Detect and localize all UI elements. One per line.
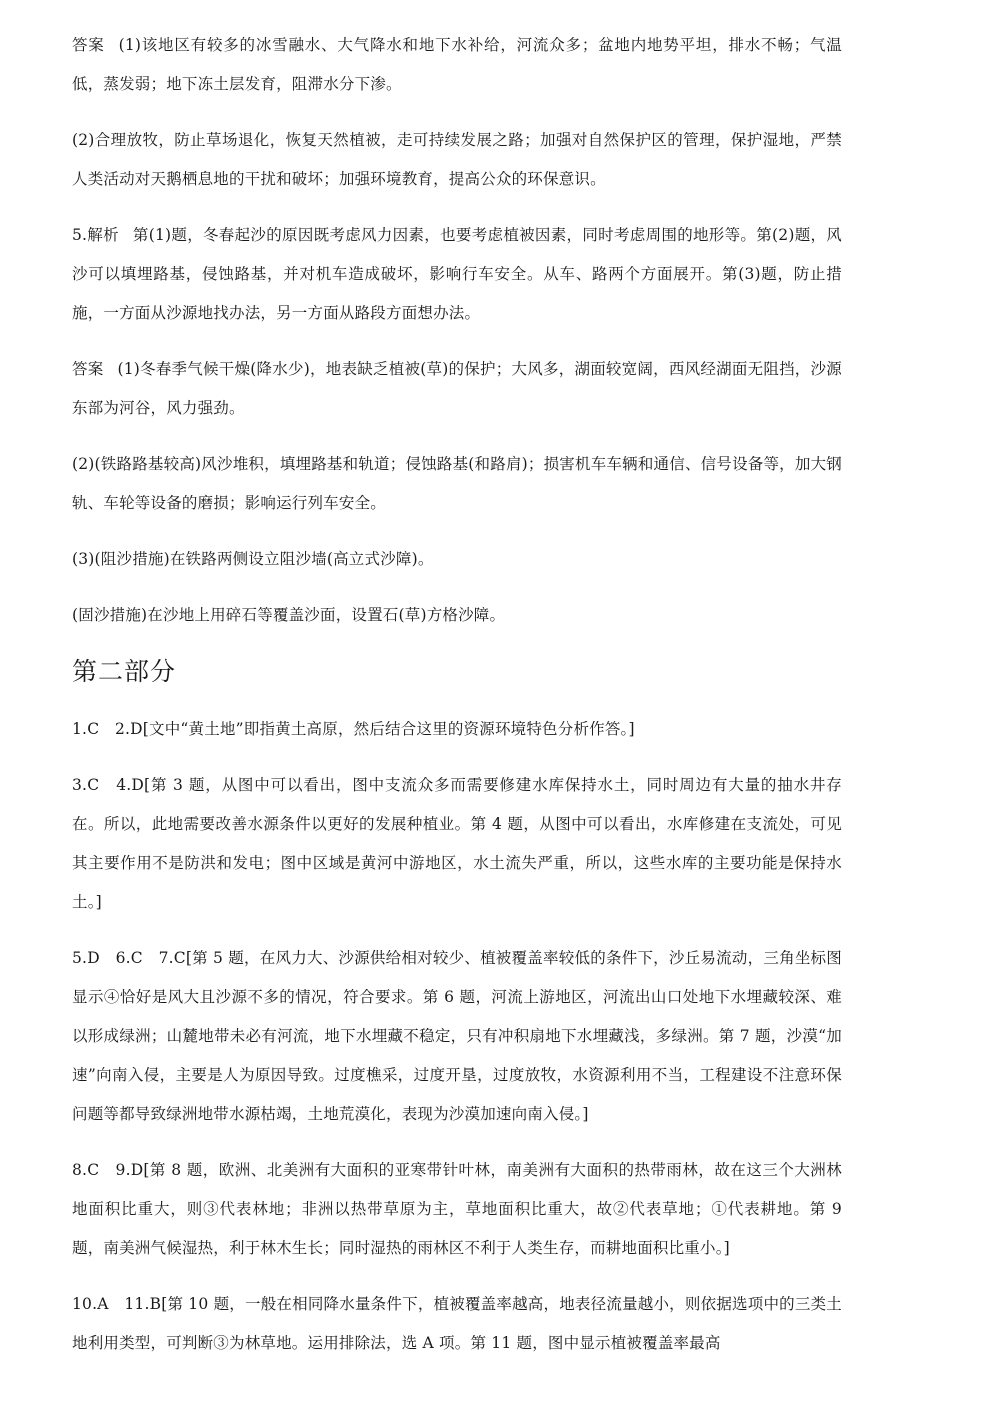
section-part-two: 第二部分 1.C 2.D[文中“黄土地”即指黄土高原，然后结合这里的资源环境特色… bbox=[72, 652, 842, 1363]
paragraph-text: 8.C 9.D[第 8 题，欧洲、北美洲有大面积的亚寒带针叶林，南美洲有大面积的… bbox=[72, 1161, 842, 1257]
paragraph-text: (固沙措施)在沙地上用碎石等覆盖沙面，设置石(草)方格沙障。 bbox=[72, 606, 505, 624]
paragraph-text: 10.A 11.B[第 10 题，一般在相同降水量条件下，植被覆盖率越高，地表径… bbox=[72, 1295, 842, 1352]
analysis-paragraph-5: 5.解析第(1)题，冬春起沙的原因既考虑风力因素，也要考虑植被因素，同时考虑周围… bbox=[72, 216, 842, 333]
section-heading: 第二部分 bbox=[72, 652, 842, 692]
answer-label: 答案 bbox=[72, 360, 103, 378]
answer-label: 答案 bbox=[72, 36, 105, 54]
analysis-label: 5.解析 bbox=[72, 226, 119, 244]
paragraph-text: (3)(阻沙措施)在铁路两侧设立阻沙墙(高立式沙障)。 bbox=[72, 550, 434, 568]
answer-paragraph-q3-4: 3.C 4.D[第 3 题，从图中可以看出，图中支流众多而需要修建水库保持水土，… bbox=[72, 766, 842, 922]
answer-paragraph-5-3-fixing: (固沙措施)在沙地上用碎石等覆盖沙面，设置石(草)方格沙障。 bbox=[72, 596, 842, 635]
answer-paragraph-4-2: (2)合理放牧，防止草场退化，恢复天然植被，走可持续发展之路；加强对自然保护区的… bbox=[72, 121, 842, 199]
answer-paragraph-5-3: (3)(阻沙措施)在铁路两侧设立阻沙墙(高立式沙障)。 bbox=[72, 540, 842, 579]
paragraph-text: 5.D 6.C 7.C[第 5 题，在风力大、沙源供给相对较少、植被覆盖率较低的… bbox=[72, 949, 842, 1123]
answer-paragraph-5-1: 答案(1)冬春季气候干燥(降水少)，地表缺乏植被(草)的保护；大风多，湖面较宽阔… bbox=[72, 350, 842, 428]
paragraph-text: (1)该地区有较多的冰雪融水、大气降水和地下水补给，河流众多；盆地内地势平坦，排… bbox=[72, 36, 842, 93]
answer-paragraph-q1-2: 1.C 2.D[文中“黄土地”即指黄土高原，然后结合这里的资源环境特色分析作答。… bbox=[72, 710, 842, 749]
document-page: 答案(1)该地区有较多的冰雪融水、大气降水和地下水补给，河流众多；盆地内地势平坦… bbox=[72, 26, 842, 1380]
paragraph-text: 1.C 2.D[文中“黄土地”即指黄土高原，然后结合这里的资源环境特色分析作答。… bbox=[72, 720, 635, 738]
paragraph-text: 第(1)题，冬春起沙的原因既考虑风力因素，也要考虑植被因素，同时考虑周围的地形等… bbox=[72, 226, 842, 322]
section-part-one: 答案(1)该地区有较多的冰雪融水、大气降水和地下水补给，河流众多；盆地内地势平坦… bbox=[72, 26, 842, 635]
answer-paragraph-q8-9: 8.C 9.D[第 8 题，欧洲、北美洲有大面积的亚寒带针叶林，南美洲有大面积的… bbox=[72, 1151, 842, 1268]
answer-paragraph-q10-11: 10.A 11.B[第 10 题，一般在相同降水量条件下，植被覆盖率越高，地表径… bbox=[72, 1285, 842, 1363]
answer-paragraph-5-2: (2)(铁路路基较高)风沙堆积，填埋路基和轨道；侵蚀路基(和路肩)；损害机车车辆… bbox=[72, 445, 842, 523]
answer-paragraph-4-1: 答案(1)该地区有较多的冰雪融水、大气降水和地下水补给，河流众多；盆地内地势平坦… bbox=[72, 26, 842, 104]
answer-paragraph-q5-7: 5.D 6.C 7.C[第 5 题，在风力大、沙源供给相对较少、植被覆盖率较低的… bbox=[72, 939, 842, 1134]
paragraph-text: (2)(铁路路基较高)风沙堆积，填埋路基和轨道；侵蚀路基(和路肩)；损害机车车辆… bbox=[72, 455, 842, 512]
paragraph-text: (2)合理放牧，防止草场退化，恢复天然植被，走可持续发展之路；加强对自然保护区的… bbox=[72, 131, 842, 188]
paragraph-text: (1)冬春季气候干燥(降水少)，地表缺乏植被(草)的保护；大风多，湖面较宽阔，西… bbox=[72, 360, 842, 417]
paragraph-text: 3.C 4.D[第 3 题，从图中可以看出，图中支流众多而需要修建水库保持水土，… bbox=[72, 776, 842, 911]
